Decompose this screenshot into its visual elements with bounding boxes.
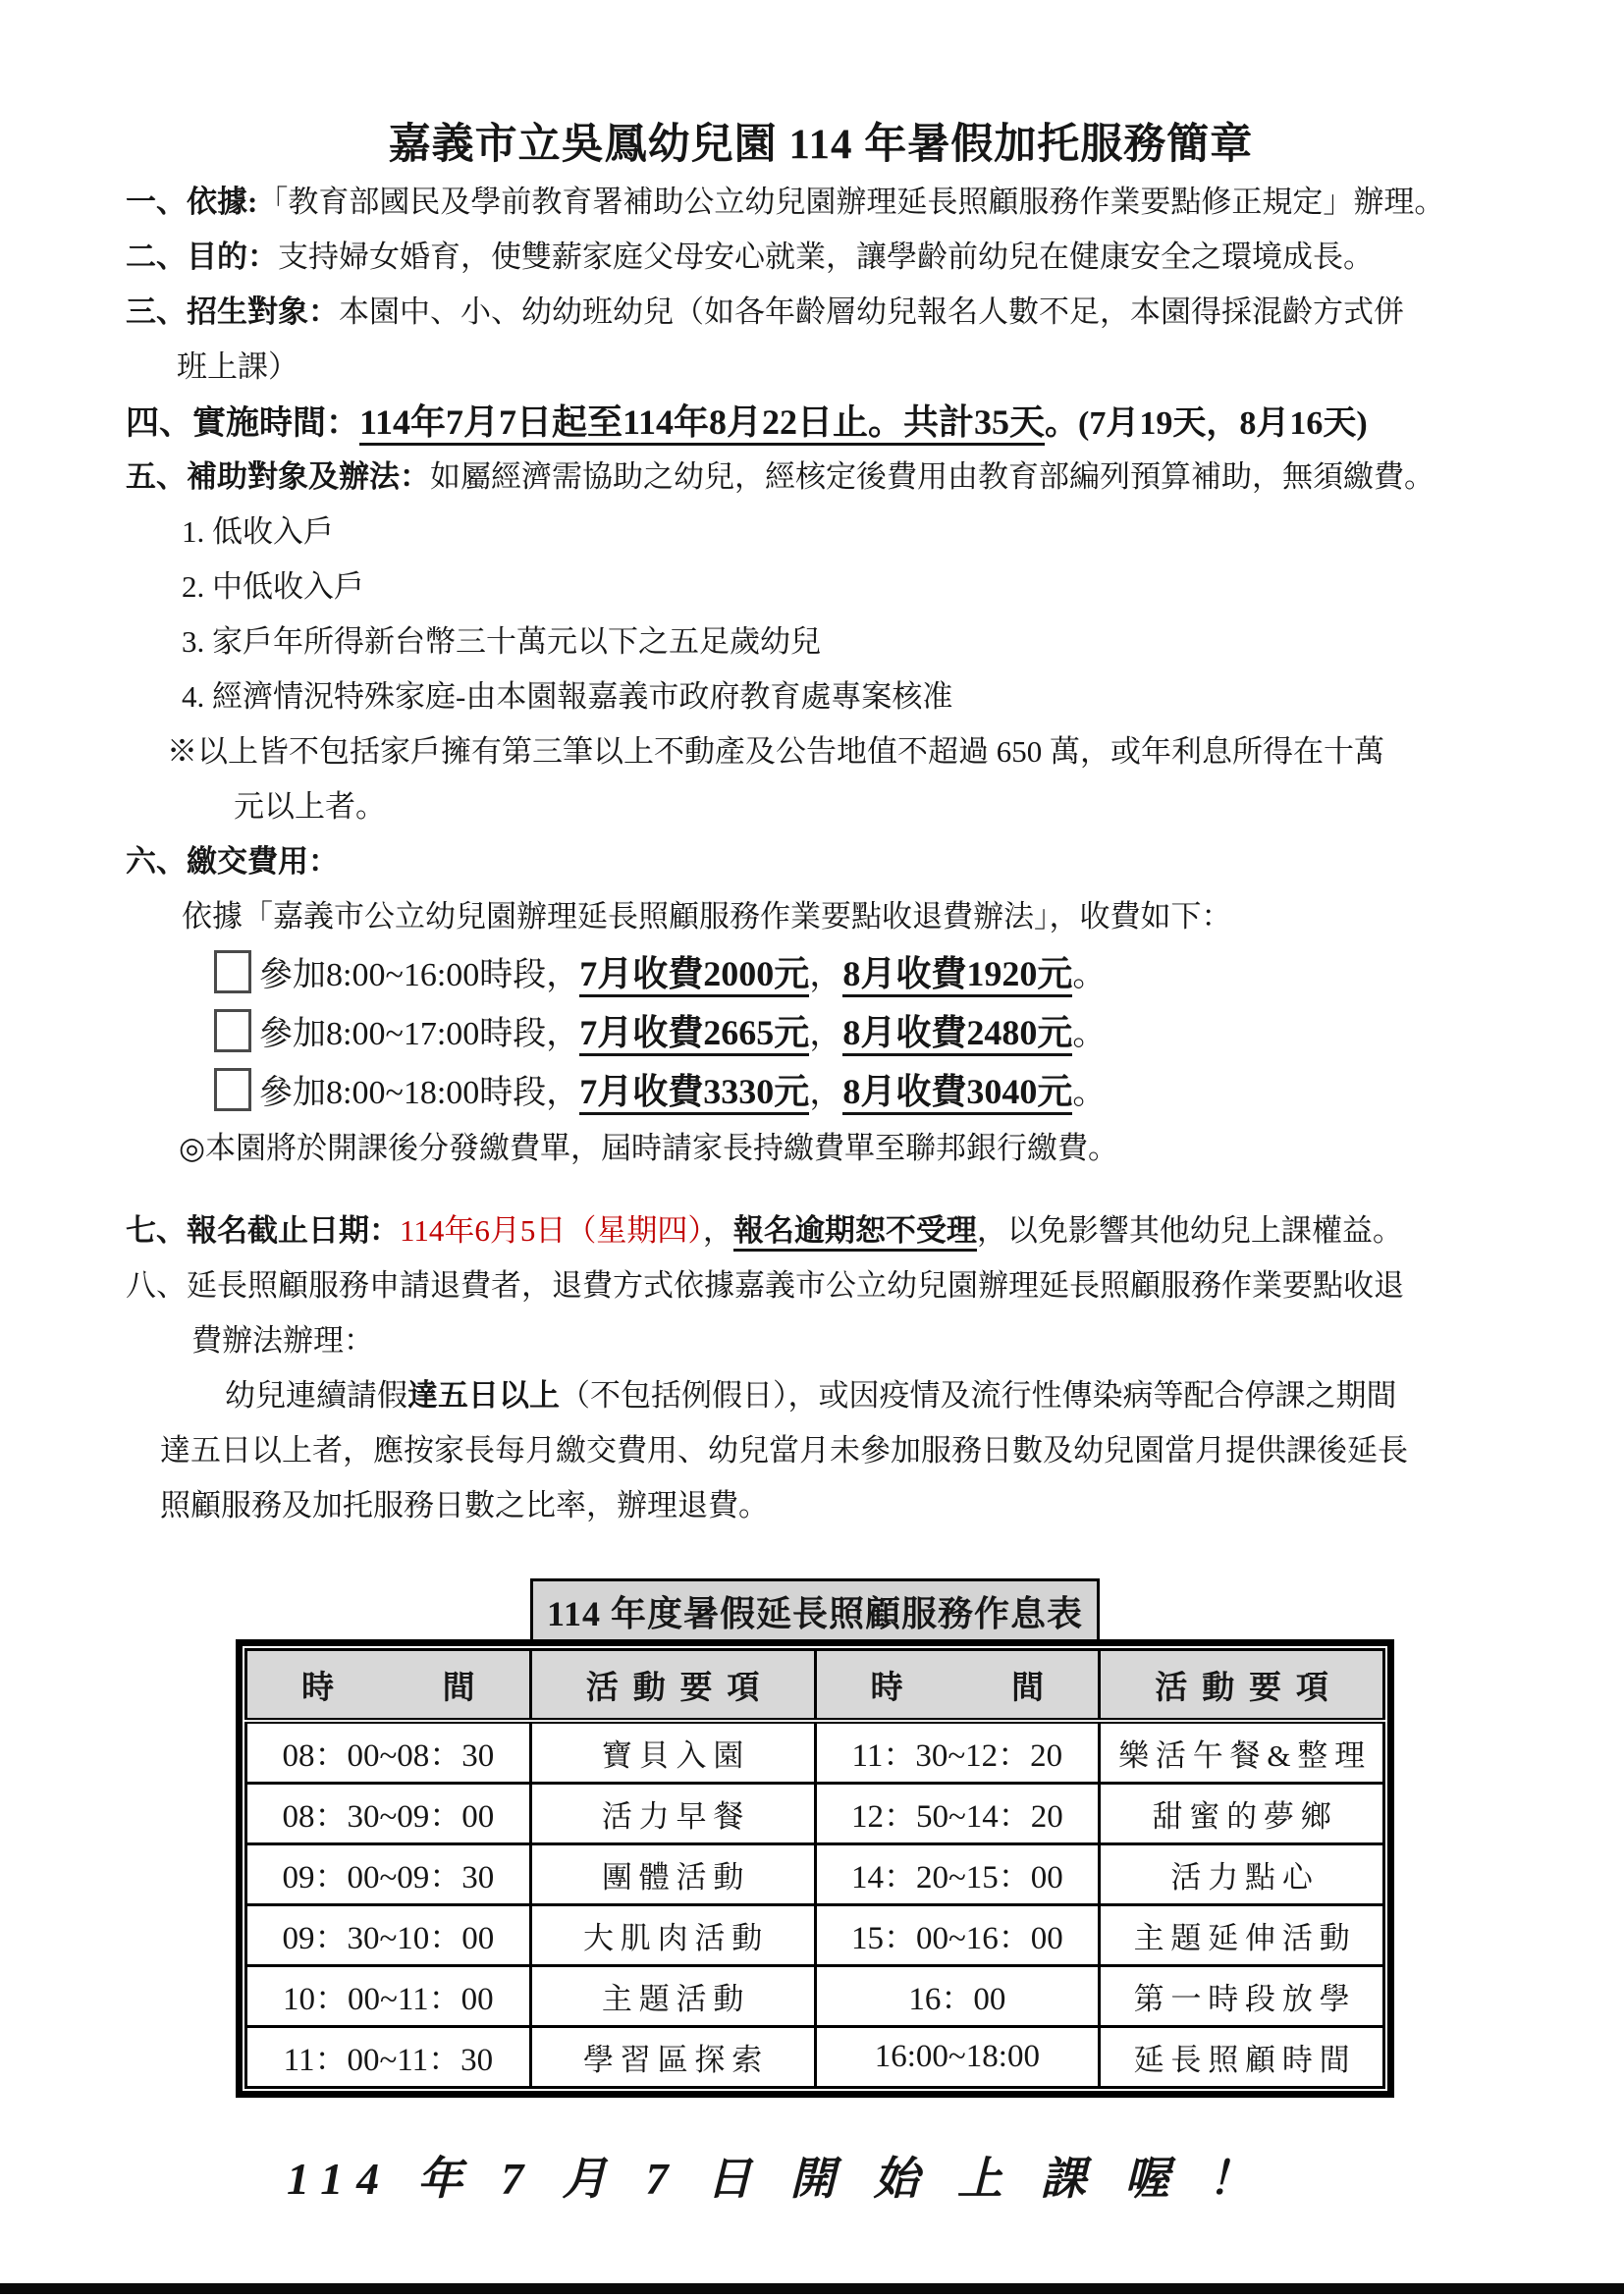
- schedule-time-cell: 08：30~09：00: [246, 1784, 531, 1844]
- section1-line: 一、依據:「教育部國民及學前教育署補助公立幼兒園辦理延長照顧服務作業要點修正規定…: [126, 175, 1516, 230]
- closing-line: 114 年 7 月 7 日 開 始 上 課 喔 ！: [126, 2143, 1428, 2208]
- schedule-activity-cell: 活力點心: [1100, 1844, 1384, 1905]
- page-bottom-edge: [0, 2283, 1624, 2294]
- schedule-row: 11：00~11：30 學習區探索 16:00~18:00 延長照顧時間: [246, 2027, 1384, 2088]
- section1-text: 「教育部國民及學前教育署補助公立幼兒園辦理延長照顧服務作業要點修正規定」辦理。: [257, 185, 1444, 219]
- schedule-activity-cell: 主題活動: [530, 1966, 815, 2027]
- section2-label: 二、目的：: [126, 240, 278, 274]
- schedule-activity-cell: 樂活午餐&整理: [1100, 1721, 1384, 1784]
- section2-text: 支持婦女婚育，使雙薪家庭父母安心就業，讓學齡前幼兒在健康安全之環境成長。: [278, 240, 1374, 274]
- refund-pre: 幼兒連續請假: [225, 1378, 407, 1413]
- implementation-period: 114年7月7日起至114年8月22日止。共計35天: [359, 402, 1045, 446]
- schedule-time-cell: 11：00~11：30: [246, 2027, 531, 2088]
- schedule-row: 09：30~10：00 大肌肉活動 15：00~16：00 主題延伸活動: [246, 1905, 1384, 1966]
- fee-august-amount: 8月收費1920元: [842, 954, 1072, 997]
- fee-option-row: 參加8:00~16:00時段，7月收費2000元，8月收費1920元。: [214, 944, 1516, 1003]
- schedule-time-cell: 16:00~18:00: [815, 2027, 1100, 2088]
- schedule-activity-cell: 第一時段放學: [1100, 1966, 1384, 2027]
- schedule-time-cell: 09：30~10：00: [246, 1905, 531, 1966]
- subsidy-item: 3. 家戶年所得新台幣三十萬元以下之五足歲幼兒: [182, 614, 1516, 669]
- subsidy-note-line: ※以上皆不包括家戶擁有第三筆以上不動產及公告地值不超過 650 萬，或年利息所得…: [167, 724, 1516, 779]
- schedule-time-cell: 09：00~09：30: [246, 1844, 531, 1905]
- fee-separator: ，: [809, 1075, 842, 1111]
- schedule-activity-cell: 學習區探索: [530, 2027, 815, 2088]
- subsidy-item: 1. 低收入戶: [182, 505, 1516, 560]
- refund-paragraph-line: 幼兒連續請假達五日以上（不包括例假日），或因疫情及流行性傳染病等配合停課之期間: [225, 1368, 1516, 1423]
- checkbox-icon: [214, 1009, 251, 1052]
- section5-text: 如屬經濟需協助之幼兒，經核定後費用由教育部編列預算補助，無須繳費。: [430, 459, 1435, 494]
- section8-line: 八、延長照顧服務申請退費者，退費方式依據嘉義市公立幼兒園辦理延長照顧服務作業要點…: [126, 1258, 1516, 1313]
- schedule-activity-cell: 團體活動: [530, 1844, 815, 1905]
- fee-option-row: 參加8:00~17:00時段，7月收費2665元，8月收費2480元。: [214, 1003, 1516, 1062]
- section5-label: 五、補助對象及辦法：: [126, 459, 430, 494]
- schedule-row: 08：00~08：30 寶貝入園 11：30~12：20 樂活午餐&整理: [246, 1721, 1384, 1784]
- section6-line: 六、繳交費用：: [126, 834, 1516, 889]
- section8-wrap-line: 費辦法辦理：: [191, 1313, 1516, 1368]
- fee-july-amount: 7月收費2000元: [579, 954, 809, 997]
- schedule-table: 時 間 活動要項 時 間 活動要項 08：00~08：30 寶貝入園 11：30…: [244, 1648, 1385, 2089]
- fee-option-prefix: 參加8:00~18:00時段，: [259, 1075, 579, 1111]
- schedule-time-cell: 11：30~12：20: [815, 1721, 1100, 1784]
- subsidy-note-wrap-line: 元以上者。: [234, 779, 1516, 834]
- schedule-row: 09：00~09：30 團體活動 14：20~15：00 活力點心: [246, 1844, 1384, 1905]
- fee-period: 。: [1072, 957, 1106, 993]
- checkbox-icon: [214, 1068, 251, 1111]
- schedule-time-cell: 08：00~08：30: [246, 1721, 531, 1784]
- refund-paragraph-line: 達五日以上者，應按家長每月繳交費用、幼兒當月未參加服務日數及幼兒園當月提供課後延…: [160, 1423, 1516, 1478]
- section4-label: 四、實施時間：: [126, 405, 359, 442]
- schedule-header-cell: 活動要項: [1100, 1650, 1384, 1722]
- section4-line: 四、實施時間：114年7月7日起至114年8月22日止。共計35天。(7月19天…: [126, 395, 1516, 450]
- section2-line: 二、目的：支持婦女婚育，使雙薪家庭父母安心就業，讓學齡前幼兒在健康安全之環境成長…: [126, 230, 1516, 285]
- section7-comma: ，: [703, 1213, 733, 1248]
- section3-label: 三、招生對象：: [126, 294, 339, 329]
- fee-august-amount: 8月收費2480元: [842, 1013, 1072, 1056]
- deadline-date: 114年6月5日（星期四）: [400, 1213, 703, 1248]
- schedule-time-cell: 12：50~14：20: [815, 1784, 1100, 1844]
- payment-note-line: ◎本園將於開課後分發繳費單，屆時請家長持繳費單至聯邦銀行繳費。: [179, 1121, 1516, 1176]
- schedule-table-frame: 時 間 活動要項 時 間 活動要項 08：00~08：30 寶貝入園 11：30…: [236, 1639, 1394, 2098]
- section1-label: 一、依據:: [126, 185, 257, 219]
- fee-period: 。: [1072, 1016, 1106, 1052]
- schedule-section: 114 年度暑假延長照顧服務作息表 時 間 活動要項 時 間 活動要項 08：0…: [236, 1578, 1394, 2098]
- schedule-activity-cell: 甜蜜的夢鄉: [1100, 1784, 1384, 1844]
- schedule-header-cell: 時 間: [815, 1650, 1100, 1722]
- section4-tail: 。(7月19天，8月16天): [1045, 405, 1368, 442]
- schedule-title: 114 年度暑假延長照顧服務作息表: [530, 1578, 1100, 1642]
- fee-july-amount: 7月收費2665元: [579, 1013, 809, 1056]
- fee-period: 。: [1072, 1075, 1106, 1111]
- fee-separator: ，: [809, 957, 842, 993]
- page-title: 嘉義市立吳鳳幼兒園 114 年暑假加托服務簡章: [126, 116, 1516, 175]
- fee-august-amount: 8月收費3040元: [842, 1072, 1072, 1115]
- section3-line: 三、招生對象：本園中、小、幼幼班幼兒（如各年齡層幼兒報名人數不足，本園得採混齡方…: [126, 285, 1516, 340]
- schedule-time-cell: 16：00: [815, 1966, 1100, 2027]
- schedule-row: 08：30~09：00 活力早餐 12：50~14：20 甜蜜的夢鄉: [246, 1784, 1384, 1844]
- section6-label: 六、繳交費用：: [126, 844, 339, 879]
- fee-intro-line: 依據「嘉義市公立幼兒園辦理延長照顧服務作業要點收退費辦法」，收費如下：: [182, 889, 1516, 944]
- schedule-header-cell: 時 間: [246, 1650, 531, 1722]
- schedule-activity-cell: 大肌肉活動: [530, 1905, 815, 1966]
- checkbox-icon: [214, 950, 251, 993]
- schedule-header-row: 時 間 活動要項 時 間 活動要項: [246, 1650, 1384, 1722]
- section3-text: 本園中、小、幼幼班幼兒（如各年齡層幼兒報名人數不足，本園得採混齡方式併: [339, 294, 1404, 329]
- section7-label: 七、報名截止日期：: [126, 1213, 400, 1248]
- fee-option-prefix: 參加8:00~17:00時段，: [259, 1016, 579, 1052]
- refund-bold: 達五日以上: [407, 1378, 560, 1413]
- schedule-time-cell: 15：00~16：00: [815, 1905, 1100, 1966]
- schedule-time-cell: 14：20~15：00: [815, 1844, 1100, 1905]
- refund-post: （不包括例假日），或因疫情及流行性傳染病等配合停課之期間: [560, 1378, 1397, 1413]
- section5-line: 五、補助對象及辦法：如屬經濟需協助之幼兒，經核定後費用由教育部編列預算補助，無須…: [126, 450, 1516, 505]
- section3-wrap-line: 班上課）: [177, 340, 1516, 395]
- fee-separator: ，: [809, 1016, 842, 1052]
- subsidy-item: 4. 經濟情況特殊家庭-由本園報嘉義市政府教育處專案核准: [182, 669, 1516, 724]
- fee-option-prefix: 參加8:00~16:00時段，: [259, 957, 579, 993]
- schedule-activity-cell: 寶貝入園: [530, 1721, 815, 1784]
- schedule-activity-cell: 活力早餐: [530, 1784, 815, 1844]
- section7-tail: ，以免影響其他幼兒上課權益。: [977, 1213, 1403, 1248]
- refund-paragraph-line: 照顧服務及加托服務日數之比率，辦理退費。: [160, 1478, 1516, 1533]
- schedule-time-cell: 10：00~11：00: [246, 1966, 531, 2027]
- schedule-header-cell: 活動要項: [530, 1650, 815, 1722]
- subsidy-item: 2. 中低收入戶: [182, 560, 1516, 614]
- fee-option-row: 參加8:00~18:00時段，7月收費3330元，8月收費3040元。: [214, 1062, 1516, 1121]
- schedule-activity-cell: 主題延伸活動: [1100, 1905, 1384, 1966]
- schedule-activity-cell: 延長照顧時間: [1100, 2027, 1384, 2088]
- schedule-row: 10：00~11：00 主題活動 16：00 第一時段放學: [246, 1966, 1384, 2027]
- deadline-warning: 報名逾期恕不受理: [733, 1213, 977, 1252]
- fee-july-amount: 7月收費3330元: [579, 1072, 809, 1115]
- section7-line: 七、報名截止日期：114年6月5日（星期四），報名逾期恕不受理，以免影響其他幼兒…: [126, 1203, 1516, 1258]
- document-page: 嘉義市立吳鳳幼兒園 114 年暑假加托服務簡章 一、依據:「教育部國民及學前教育…: [0, 116, 1624, 2208]
